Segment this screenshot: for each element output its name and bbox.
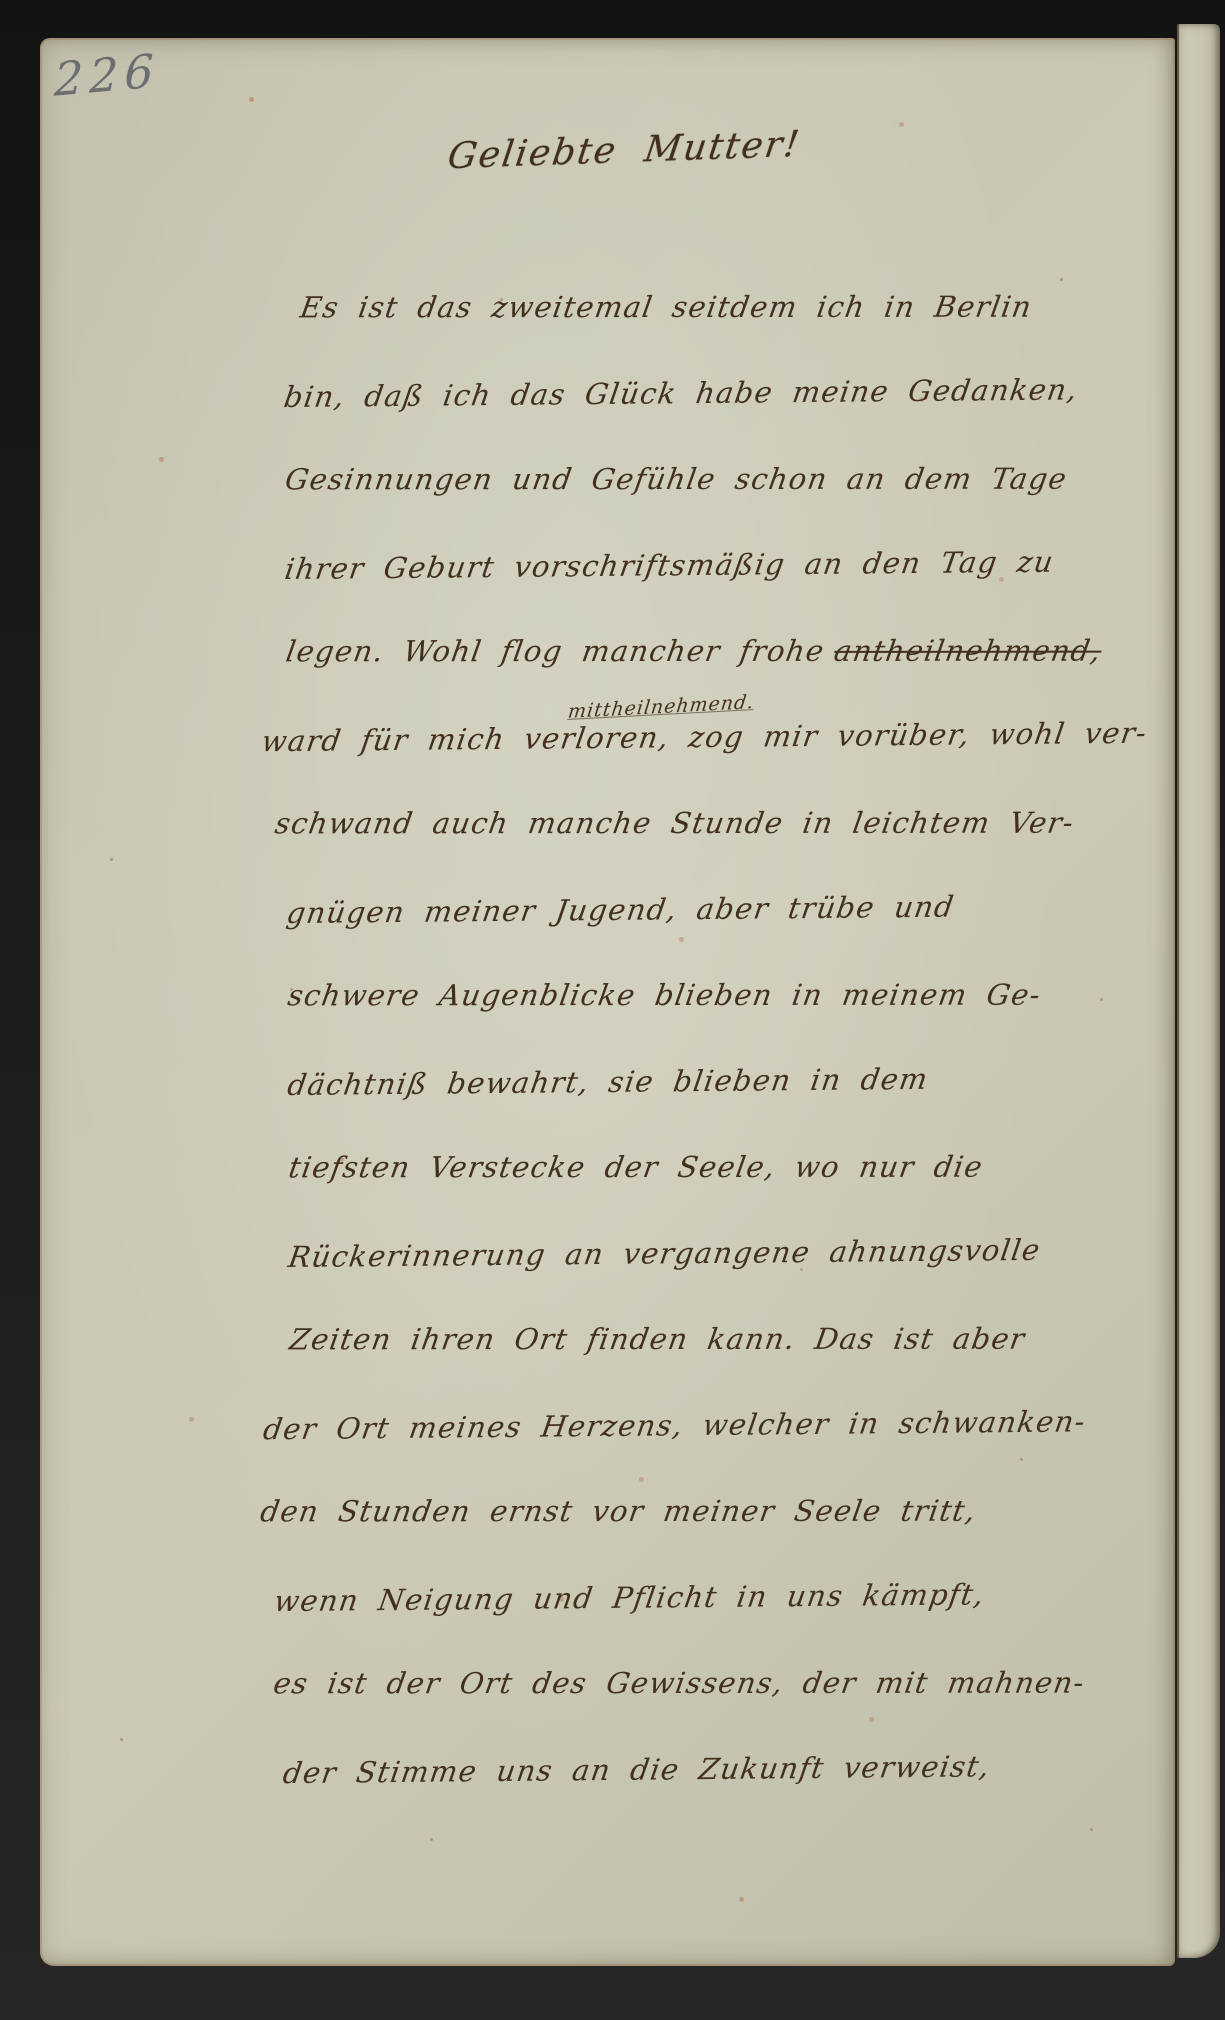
paper-fibre-specks	[40, 38, 43, 41]
letter-salutation: Geliebte Mutter!	[445, 124, 803, 178]
scan-background: 226 Geliebte Mutter! Es ist das zweitema…	[0, 0, 1225, 2020]
manuscript-line: wenn Neigung und Pflicht in uns kämpft,	[248, 1576, 1166, 1671]
line-text: bin, daß ich das Glück habe meine Gedank…	[282, 372, 1081, 414]
manuscript-page: 226 Geliebte Mutter! Es ist das zweitema…	[40, 38, 1175, 1966]
line-text: schwand auch manche Stunde in leichtem V…	[273, 806, 1077, 841]
line-text: Rückerinnerung an vergangene ahnungsvoll…	[286, 1233, 1043, 1274]
line-text: ihrer Geburt vorschriftsmäßig an den Tag…	[283, 545, 1057, 586]
line-text: wenn Neigung und Pflicht in uns kämpft,	[272, 1577, 987, 1618]
manuscript-line: der Stimme uns an die Zukunft verweist,	[249, 1748, 1167, 1843]
manuscript-line: schwere Augenblicke blieben in meinem Ge…	[245, 978, 1163, 1065]
manuscript-line: Zeiten ihren Ort finden kann. Das ist ab…	[247, 1322, 1165, 1409]
manuscript-line: bin, daß ich das Glück habe meine Gedank…	[242, 372, 1160, 467]
struck-word: antheilnehmend,	[832, 634, 1104, 668]
line-text: den Stunden ernst vor meiner Seele tritt…	[258, 1494, 979, 1529]
line-text: gnügen meiner Jugend, aber trübe und	[284, 890, 957, 930]
line-text: dächtniß bewahrt, sie blieben in dem	[285, 1062, 931, 1102]
manuscript-line: schwand auch manche Stunde in leichtem V…	[244, 806, 1162, 893]
line-text: der Stimme uns an die Zukunft verweist,	[281, 1749, 993, 1790]
line-text: der Ort meines Herzens, welcher in schwa…	[261, 1404, 1088, 1446]
manuscript-line: dächtniß bewahrt, sie blieben in dem	[246, 1060, 1164, 1155]
adjacent-page-edge	[1177, 24, 1220, 1958]
manuscript-line: der Ort meines Herzens, welcher in schwa…	[247, 1404, 1165, 1499]
manuscript-line: den Stunden ernst vor meiner Seele tritt…	[248, 1494, 1166, 1581]
manuscript-line: ward für mich verloren, zog mir vorüber,…	[244, 716, 1162, 811]
folio-number: 226	[54, 43, 160, 107]
manuscript-line: Es ist das zweitemal seitdem ich in Berl…	[242, 290, 1160, 377]
manuscript-line: gnügen meiner Jugend, aber trübe und	[245, 888, 1163, 983]
line-text: Gesinnungen und Gefühle schon an dem Tag…	[283, 462, 1070, 497]
line-text: legen. Wohl flog mancher frohe	[284, 634, 828, 668]
manuscript-line: Rückerinnerung an vergangene ahnungsvoll…	[246, 1232, 1164, 1327]
manuscript-line: es ist der Ort des Gewissens, der mit ma…	[249, 1666, 1167, 1753]
line-text: es ist der Ort des Gewissens, der mit ma…	[271, 1666, 1087, 1701]
letter-body: Es ist das zweitemal seitdem ich in Berl…	[248, 288, 1161, 1841]
line-text: Zeiten ihren Ort finden kann. Das ist ab…	[287, 1322, 1028, 1357]
line-text: schwere Augenblicke blieben in meinem Ge…	[285, 978, 1043, 1013]
manuscript-line: Gesinnungen und Gefühle schon an dem Tag…	[243, 462, 1161, 549]
manuscript-line: tiefsten Verstecke der Seele, wo nur die	[246, 1150, 1164, 1237]
line-text: Es ist das zweitemal seitdem ich in Berl…	[298, 290, 1035, 325]
line-text: ward für mich verloren, zog mir vorüber,…	[259, 716, 1149, 759]
line-text: tiefsten Verstecke der Seele, wo nur die	[286, 1150, 985, 1185]
manuscript-line: ihrer Geburt vorschriftsmäßig an den Tag…	[243, 544, 1161, 639]
